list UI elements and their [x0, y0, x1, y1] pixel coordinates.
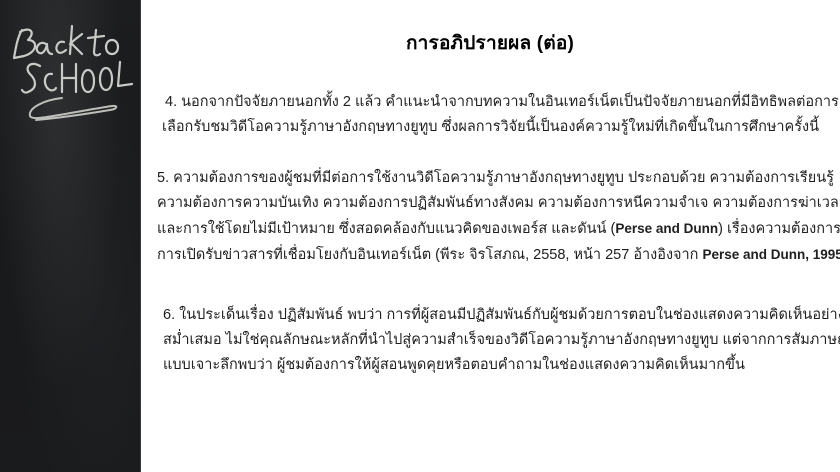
item-5-line-1: 5. ความต้องการของผู้ชมที่มีต่อการใช้งานว…	[157, 166, 840, 191]
citation-reference: Perse and Dunn, 1995)	[703, 247, 840, 262]
item-4-line-2: เลือกรับชมวิดีโอความรู้ภาษาอังกฤษทางยูทู…	[162, 115, 839, 140]
discussion-item-4: 4. นอกจากปัจจัยภายนอกทั้ง 2 แล้ว คำแนะนำ…	[162, 90, 839, 140]
item-6-line-3: แบบเจาะลึกพบว่า ผู้ชมต้องการให้ผู้สอนพูด…	[163, 353, 840, 378]
item-6-line-2: สม่ำเสมอ ไม่ใช่คุณลักษณะหลักที่นำไปสู่คว…	[163, 328, 840, 353]
back-to-school-chalk-icon	[0, 0, 140, 472]
presentation-slide: การอภิปรายผล (ต่อ) 4. นอกจากปัจจัยภายนอก…	[0, 0, 840, 472]
item-5-line-3: และการใช้โดยไม่มีเป้าหมาย ซึ่งสอดคล้องกั…	[157, 216, 840, 242]
item-5-line-3-thai-b: ) เรื่องความต้องการใน	[718, 221, 840, 237]
item-4-line-1: 4. นอกจากปัจจัยภายนอกทั้ง 2 แล้ว คำแนะนำ…	[162, 90, 839, 115]
chalkboard-image	[0, 0, 141, 472]
discussion-item-5: 5. ความต้องการของผู้ชมที่มีต่อการใช้งานว…	[157, 166, 840, 268]
item-5-line-3-thai-a: และการใช้โดยไม่มีเป้าหมาย ซึ่งสอดคล้องกั…	[157, 221, 615, 237]
slide-title: การอภิปรายผล (ต่อ)	[330, 28, 650, 58]
item-5-line-4: การเปิดรับข่าวสารที่เชื่อมโยงกับอินเทอร์…	[157, 242, 840, 268]
item-6-line-1: 6. ในประเด็นเรื่อง ปฏิสัมพันธ์ พบว่า การ…	[163, 303, 840, 328]
discussion-item-6: 6. ในประเด็นเรื่อง ปฏิสัมพันธ์ พบว่า การ…	[163, 303, 840, 378]
item-5-line-4-thai: การเปิดรับข่าวสารที่เชื่อมโยงกับอินเทอร์…	[157, 247, 703, 263]
citation-author: Perse and Dunn	[615, 221, 718, 236]
item-5-line-2: ความต้องการความบันเทิง ความต้องการปฏิสัม…	[157, 191, 840, 216]
